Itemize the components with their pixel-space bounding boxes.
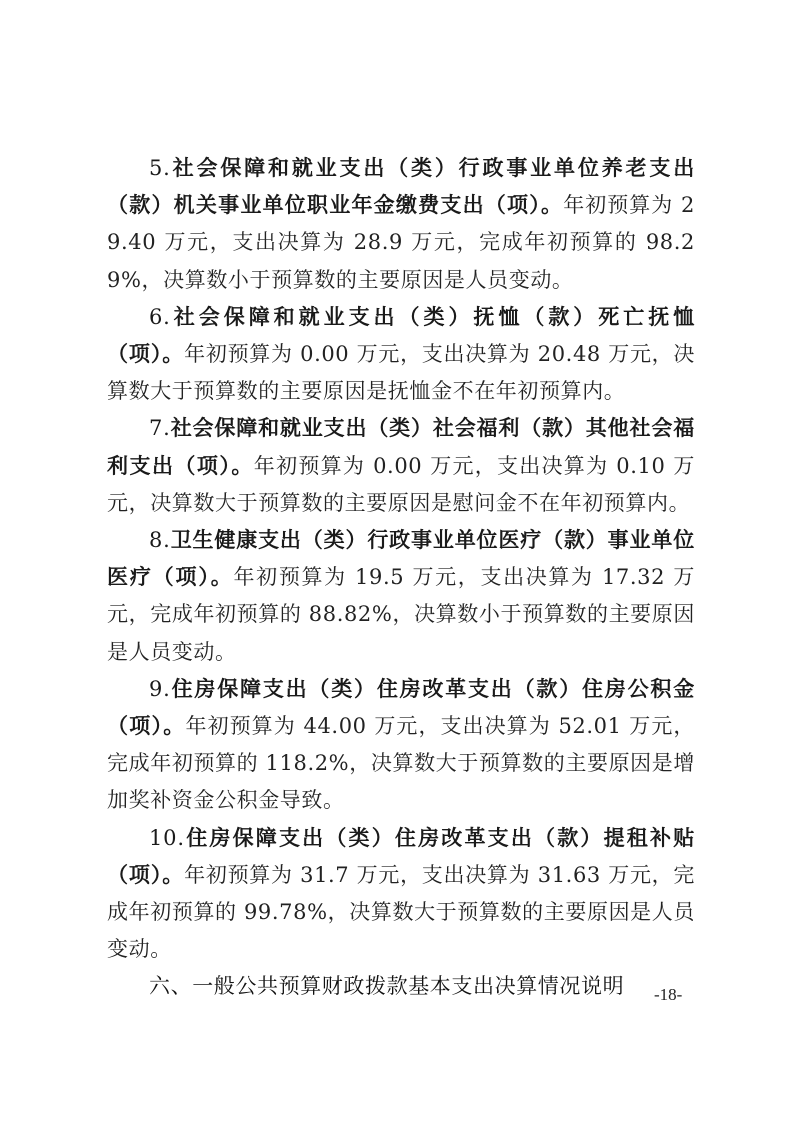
paragraph-item-10: 10.住房保障支出（类）住房改革支出（款）提租补贴（项）。年初预算为 31.7 … xyxy=(107,820,695,969)
paragraph-body: 年初预算为 44.00 万元，支出决算为 52.01 万元，完成年初预算的 11… xyxy=(107,714,695,812)
paragraph-item-6: 6.社会保障和就业支出（类）抚恤（款）死亡抚恤（项）。年初预算为 0.00 万元… xyxy=(107,299,695,411)
paragraph-item-9: 9.住房保障支出（类）住房改革支出（款）住房公积金（项）。年初预算为 44.00… xyxy=(107,671,695,820)
section-heading: 六、一般公共预算财政拨款基本支出决算情况说明 xyxy=(107,968,695,1005)
paragraph-item-7: 7.社会保障和就业支出（类）社会福利（款）其他社会福利支出（项）。年初预算为 0… xyxy=(107,410,695,522)
item-number: 6. xyxy=(149,305,171,329)
item-number: 5. xyxy=(149,156,171,180)
paragraph-body: 年初预算为 31.7 万元，支出决算为 31.63 万元，完成年初预算的 99.… xyxy=(107,863,695,961)
item-number: 8. xyxy=(149,528,171,552)
document-page: 5.社会保障和就业支出（类）行政事业单位养老支出（款）机关事业单位职业年金缴费支… xyxy=(107,150,695,1006)
item-number: 9. xyxy=(149,677,171,701)
item-number: 10. xyxy=(149,826,185,850)
paragraph-body: 年初预算为 0.00 万元，支出决算为 20.48 万元，决算数大于预算数的主要… xyxy=(107,342,695,403)
paragraph-item-5: 5.社会保障和就业支出（类）行政事业单位养老支出（款）机关事业单位职业年金缴费支… xyxy=(107,150,695,299)
page-number: -18- xyxy=(654,985,682,1005)
paragraph-item-8: 8.卫生健康支出（类）行政事业单位医疗（款）事业单位医疗（项）。年初预算为 19… xyxy=(107,522,695,671)
item-number: 7. xyxy=(149,416,171,440)
